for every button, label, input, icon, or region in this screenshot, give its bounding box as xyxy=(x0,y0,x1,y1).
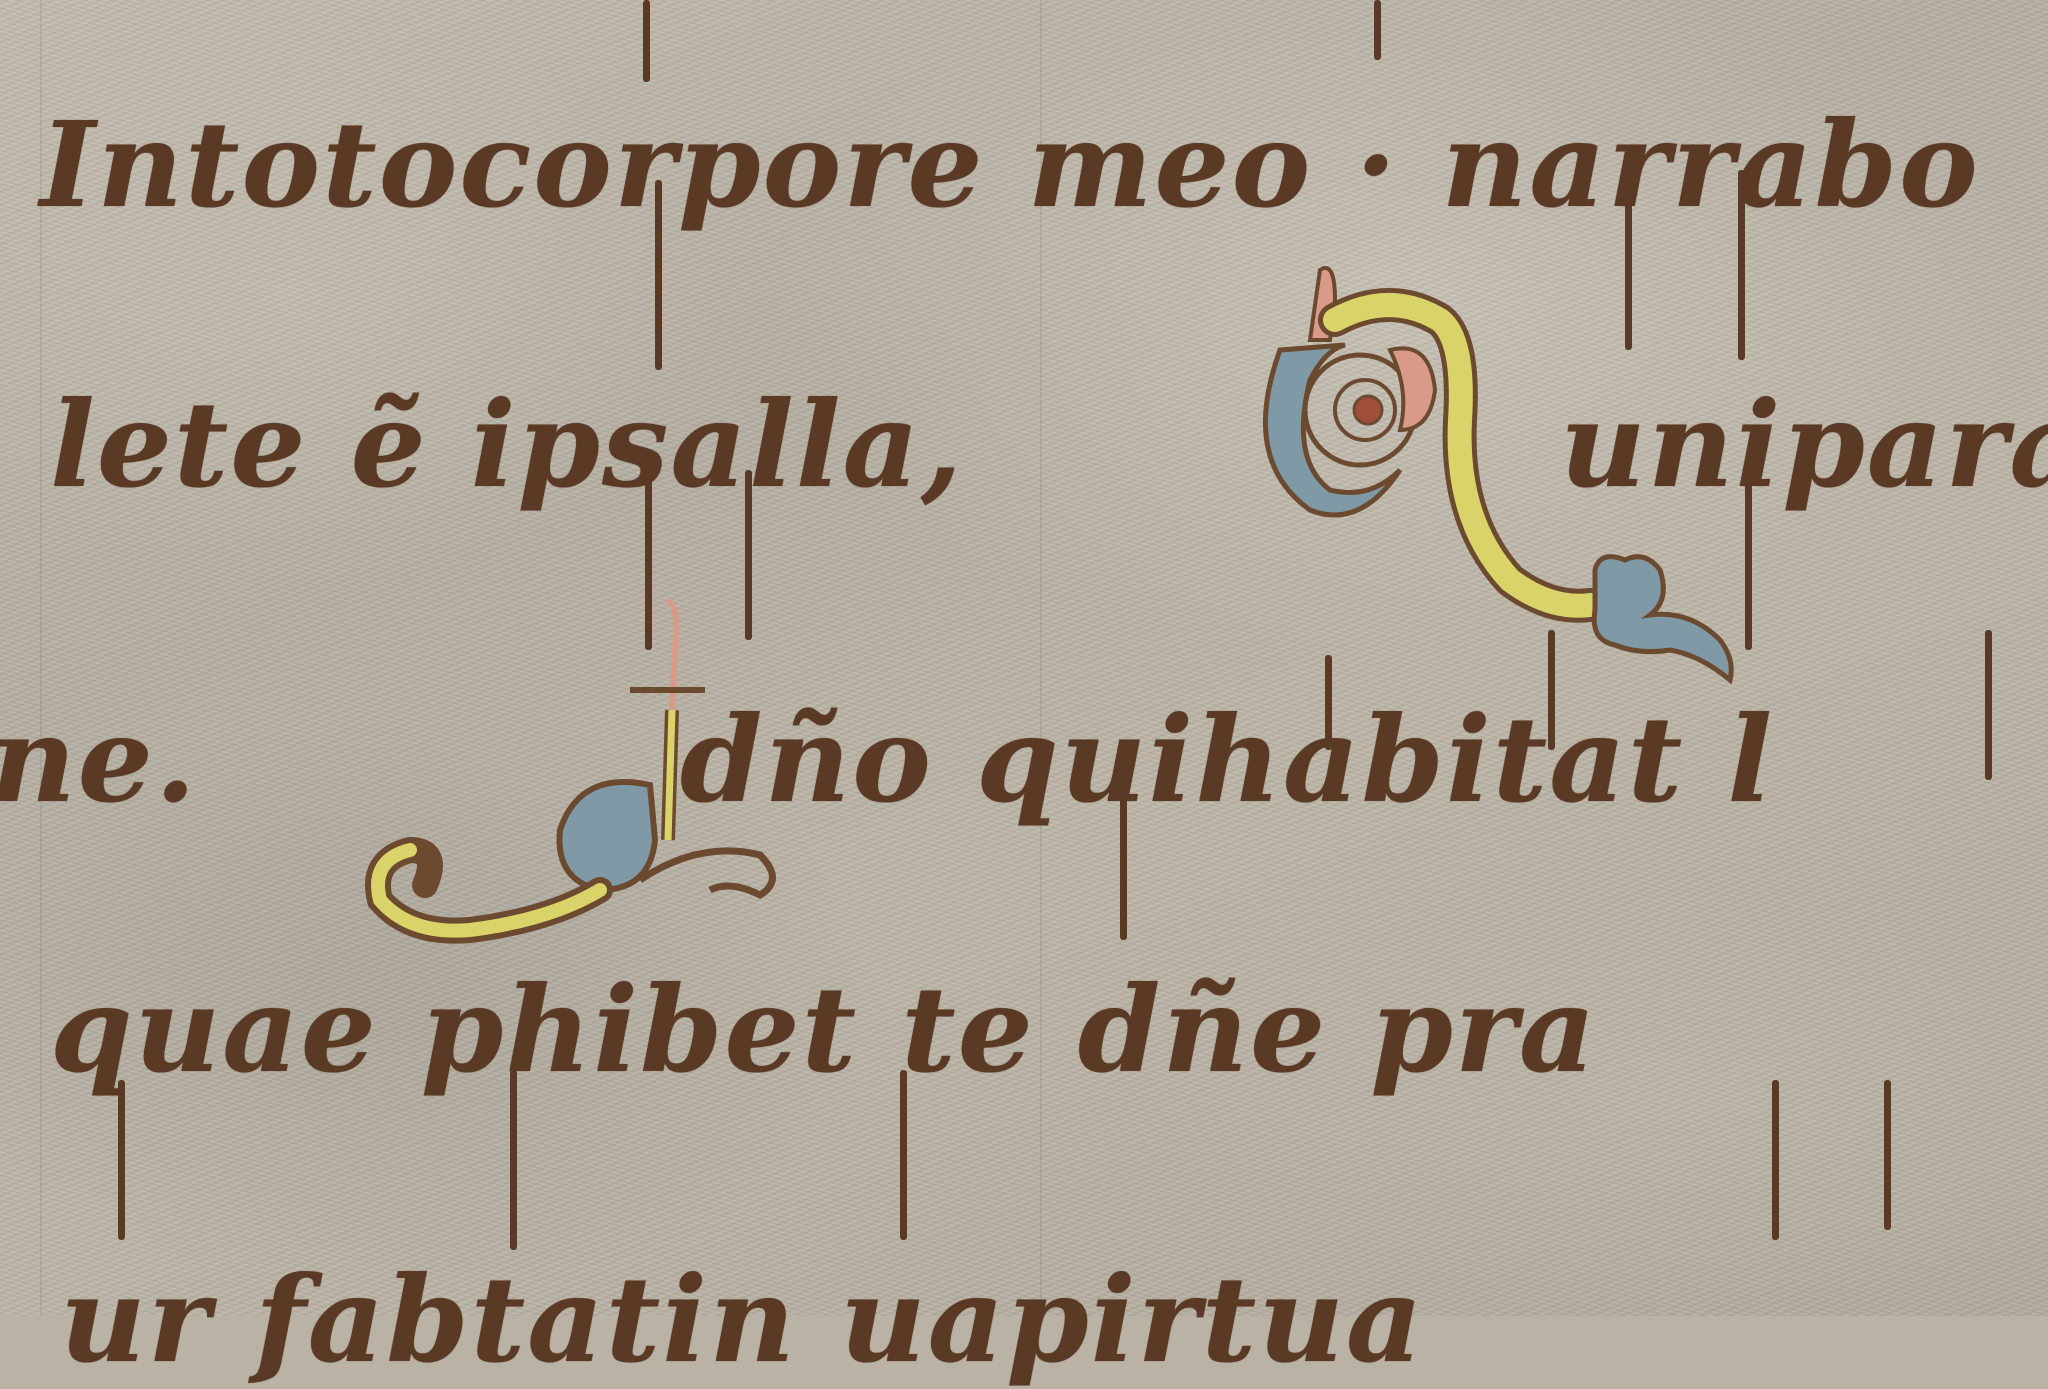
descender-stroke xyxy=(118,1080,125,1240)
decorated-initial-d xyxy=(350,590,800,970)
manuscript-line-3a: ne. xyxy=(0,690,198,829)
descender-stroke xyxy=(900,1070,907,1240)
descender-stroke xyxy=(1120,790,1127,940)
descender-stroke xyxy=(510,1070,517,1250)
manuscript-line-5: ur fabtatin uapirtua xyxy=(60,1250,1424,1316)
descender-stroke xyxy=(1772,1080,1779,1240)
manuscript-line-2a: lete ẽ ipsalla, xyxy=(50,375,964,514)
descender-stroke xyxy=(1884,1080,1891,1230)
descender-stroke xyxy=(655,180,662,370)
decorated-initial-q xyxy=(1250,260,1810,700)
manuscript-line-1: Intotocorpore meo · narrabo xyxy=(40,95,1980,234)
ascender-stroke xyxy=(1548,630,1555,750)
manuscript-line-4: quae phibet te dñe pra xyxy=(50,960,1597,1099)
manuscript-line-3b: dño quihabitat l xyxy=(680,690,1774,829)
ascender-stroke xyxy=(1325,655,1332,750)
ascender-stroke xyxy=(1985,630,1992,780)
descender-stroke xyxy=(643,0,650,82)
descender-stroke xyxy=(1374,0,1381,60)
